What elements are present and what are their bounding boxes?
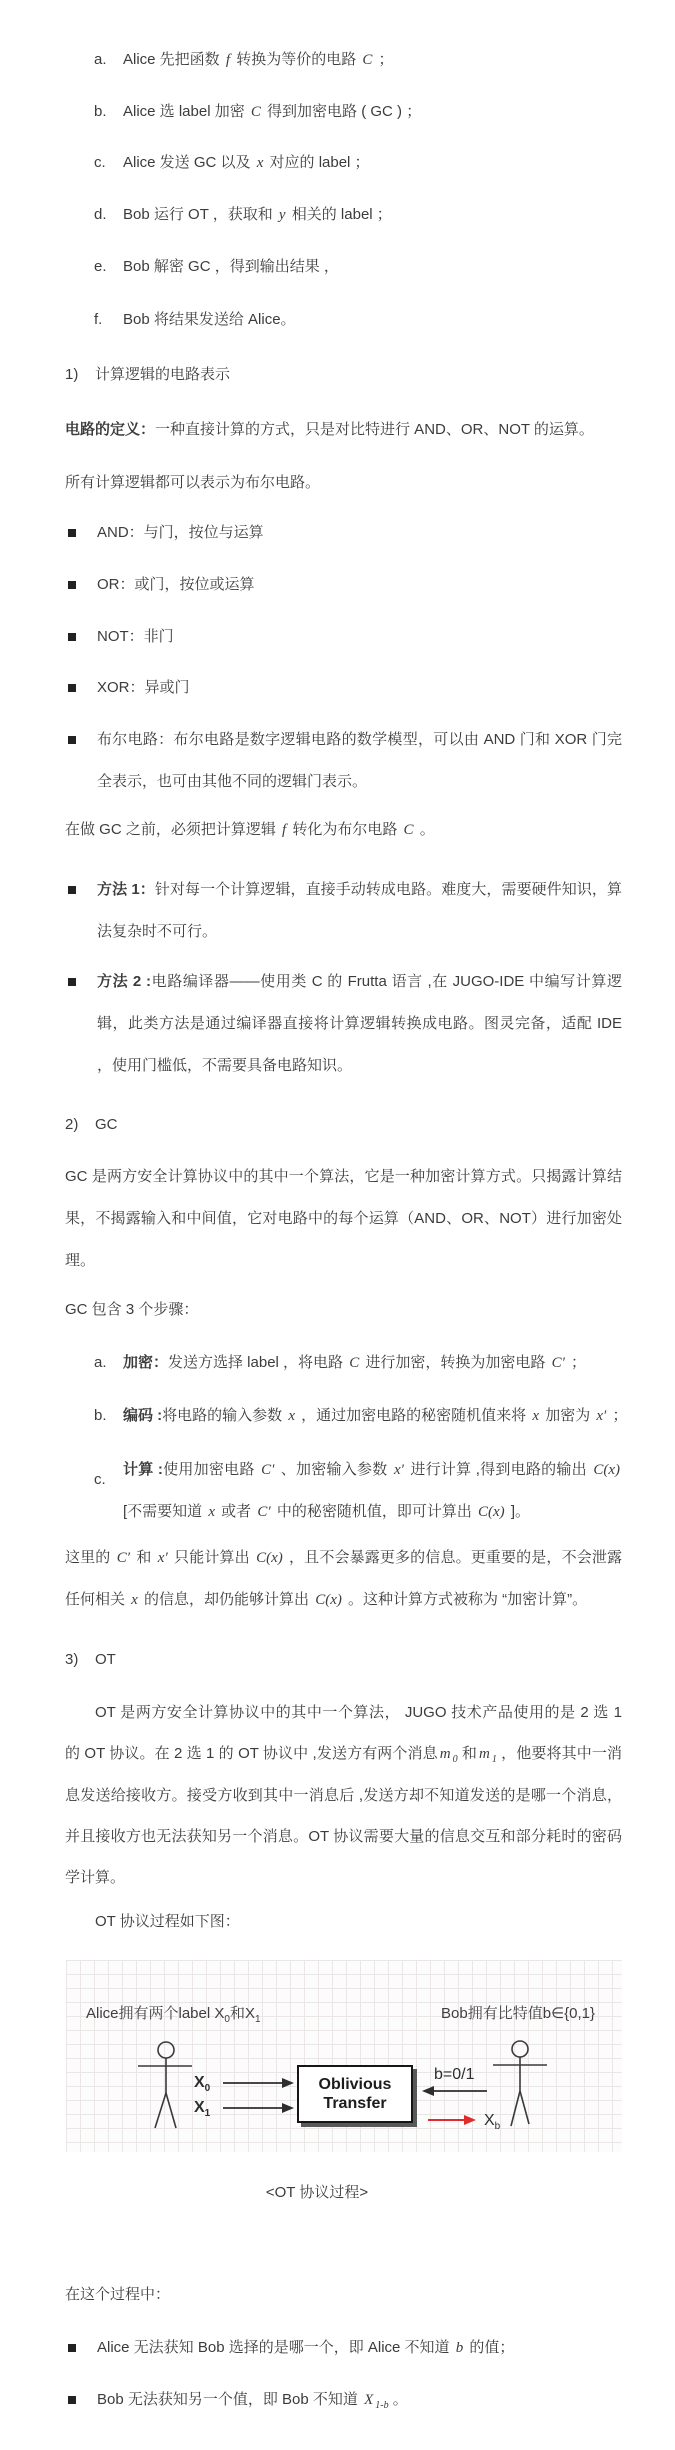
oblivious-transfer-box: Oblivious Transfer (297, 2065, 413, 2123)
list-marker: c. (94, 152, 106, 174)
gc-conclusion-paragraph: 这里的 C′ 和 x′ 只能计算出 C(x) ，且不会暴露更多的信息。更重要的是… (65, 1537, 622, 1621)
xb-arrow (428, 2115, 476, 2125)
square-bullet-icon (68, 684, 76, 692)
gc-step-text: 加密：发送方选择 label ，将电路 C 进行加密，转换为加密电路 C′ ； (123, 1354, 586, 1371)
bullet-method-2: 方法 2 :电路编译器——使用类 C 的 Frutta 语言 ,在 JUGO-I… (67, 961, 622, 1087)
x0-arrow (223, 2078, 294, 2088)
before-gc-paragraph: 在做 GC 之前，必须把计算逻辑 f 转化为布尔电路 C 。 (65, 819, 622, 841)
gc-step-compute: c. 计算 :使用加密电路 C′ 、加密输入参数 x′ 进行计算 ,得到电路的输… (94, 1449, 622, 1533)
bullet-and: AND：与门，按位与运算 (67, 522, 622, 544)
list-marker: b. (94, 1405, 107, 1427)
bullet-or: OR：或门，按位或运算 (67, 574, 622, 596)
bullet-text: NOT：非门 (97, 628, 174, 645)
square-bullet-icon (68, 2344, 76, 2352)
square-bullet-icon (68, 633, 76, 641)
intro-step-text: Bob 将结果发送给 Alice。 (123, 311, 296, 328)
heading-number: 3) (65, 1649, 95, 1671)
ot-intro-paragraph: OT 是两方安全计算协议中的其中一个算法， JUGO 技术产品使用的是 2 选 … (65, 1692, 622, 1898)
b-arrow (422, 2086, 487, 2096)
gc-steps-lead: GC 包含 3 个步骤： (65, 1299, 622, 1321)
process-lead: 在这个过程中： (65, 2284, 170, 2306)
gc-step-encode: b. 编码 :将电路的输入参数 x ，通过加密电路的秘密随机值来将 x 加密为 … (94, 1405, 622, 1427)
intro-step-text: Alice 选 label 加密 C 得到加密电路 ( GC ) ； (123, 103, 421, 120)
list-marker: e. (94, 256, 107, 278)
x0-label: X0 (194, 2073, 210, 2093)
document-page: { "colors": { "text": "#3c3c3c", "accent… (0, 0, 675, 2450)
bob-stick-figure (493, 2041, 547, 2126)
heading-title: 计算逻辑的电路表示 (95, 366, 230, 383)
bullet-boolean-circuit: 布尔电路：布尔电路是数字逻辑电路的数学模型，可以由 AND 门和 XOR 门完全… (67, 719, 622, 803)
section-1-heading: 1)计算逻辑的电路表示 (65, 364, 230, 386)
process-bullet-alice: Alice 无法获知 Bob 选择的是哪一个，即 Alice 不知道 b 的值； (67, 2337, 622, 2359)
intro-step-e: e. Bob 解密 GC ，得到输出结果 ， (94, 256, 622, 278)
square-bullet-icon (68, 581, 76, 589)
section-3-heading: 3)OT (65, 1649, 116, 1671)
list-marker: b. (94, 101, 107, 123)
bullet-text: XOR：异或门 (97, 679, 190, 696)
heading-number: 1) (65, 364, 95, 386)
section-2-heading: 2)GC (65, 1114, 118, 1136)
b-label: b=0/1 (434, 2065, 474, 2085)
bullet-text: 布尔电路：布尔电路是数字逻辑电路的数学模型，可以由 AND 门和 XOR 门完全… (97, 731, 622, 790)
ot-protocol-diagram: Alice拥有两个label X0和X1 Bob拥有比特值b∈{0,1} (66, 1960, 622, 2152)
intro-step-a: a. Alice 先把函数 f 转换为等价的电路 C ； (94, 49, 622, 71)
process-bullet-bob: Bob 无法获知另一个值，即 Bob 不知道 X1-b 。 (67, 2389, 622, 2411)
bullet-text: AND：与门，按位与运算 (97, 524, 264, 541)
list-marker: d. (94, 204, 107, 226)
bullet-text: OR：或门，按位或运算 (97, 576, 255, 593)
square-bullet-icon (68, 886, 76, 894)
ot-diagram-lead: OT 协议过程如下图： (95, 1911, 240, 1933)
square-bullet-icon (68, 736, 76, 744)
bullet-text: Bob 无法获知另一个值，即 Bob 不知道 X1-b 。 (97, 2391, 408, 2408)
xb-label: Xb (484, 2111, 500, 2131)
box-text-line1: Oblivious (319, 2075, 392, 2094)
intro-step-text: Bob 运行 OT ，获取和 y 相关的 label ； (123, 206, 392, 223)
bullet-text: 方法 1：针对每一个计算逻辑，直接手动转成电路。难度大，需要硬件知识，算法复杂时… (97, 881, 622, 940)
alice-stick-figure (138, 2042, 192, 2128)
gc-step-text: 编码 :将电路的输入参数 x ，通过加密电路的秘密随机值来将 x 加密为 x′ … (123, 1407, 628, 1424)
x1-arrow (223, 2103, 294, 2113)
intro-step-b: b. Alice 选 label 加密 C 得到加密电路 ( GC ) ； (94, 101, 622, 123)
list-marker: f. (94, 309, 102, 331)
bullet-not: NOT：非门 (67, 626, 622, 648)
bullet-method-1: 方法 1：针对每一个计算逻辑，直接手动转成电路。难度大，需要硬件知识，算法复杂时… (67, 869, 622, 953)
heading-title: OT (95, 1651, 116, 1668)
heading-title: GC (95, 1116, 118, 1133)
intro-step-text: Alice 发送 GC 以及 x 对应的 label ； (123, 154, 370, 171)
list-marker: c. (94, 1459, 106, 1501)
gc-step-text: 计算 :使用加密电路 C′ 、加密输入参数 x′ 进行计算 ,得到电路的输出 C… (123, 1461, 622, 1520)
diagram-caption: <OT 协议过程> (0, 2182, 634, 2204)
bullet-text: 方法 2 :电路编译器——使用类 C 的 Frutta 语言 ,在 JUGO-I… (97, 973, 622, 1074)
diagram-drawing (66, 1960, 622, 2152)
x1-label: X1 (194, 2098, 210, 2118)
intro-step-text: Alice 先把函数 f 转换为等价的电路 C ； (123, 51, 394, 68)
square-bullet-icon (68, 2396, 76, 2404)
intro-step-d: d. Bob 运行 OT ，获取和 y 相关的 label ； (94, 204, 622, 226)
circuit-definition-paragraph: 电路的定义：一种直接计算的方式，只是对比特进行 AND、OR、NOT 的运算。 (65, 419, 622, 441)
gc-step-encrypt: a. 加密：发送方选择 label ，将电路 C 进行加密，转换为加密电路 C′… (94, 1352, 622, 1374)
square-bullet-icon (68, 529, 76, 537)
square-bullet-icon (68, 978, 76, 986)
intro-step-c: c. Alice 发送 GC 以及 x 对应的 label ； (94, 152, 622, 174)
list-marker: a. (94, 49, 107, 71)
intro-step-f: f. Bob 将结果发送给 Alice。 (94, 309, 622, 331)
bullet-xor: XOR：异或门 (67, 677, 622, 699)
box-text-line2: Transfer (323, 2094, 386, 2113)
list-marker: a. (94, 1352, 107, 1374)
all-logic-paragraph: 所有计算逻辑都可以表示为布尔电路。 (65, 472, 622, 494)
intro-step-text: Bob 解密 GC ，得到输出结果 ， (123, 258, 339, 275)
heading-number: 2) (65, 1114, 95, 1136)
gc-intro-paragraph: GC 是两方安全计算协议中的其中一个算法，它是一种加密计算方式。只揭露计算结果，… (65, 1156, 622, 1282)
bullet-text: Alice 无法获知 Bob 选择的是哪一个，即 Alice 不知道 b 的值； (97, 2339, 514, 2356)
